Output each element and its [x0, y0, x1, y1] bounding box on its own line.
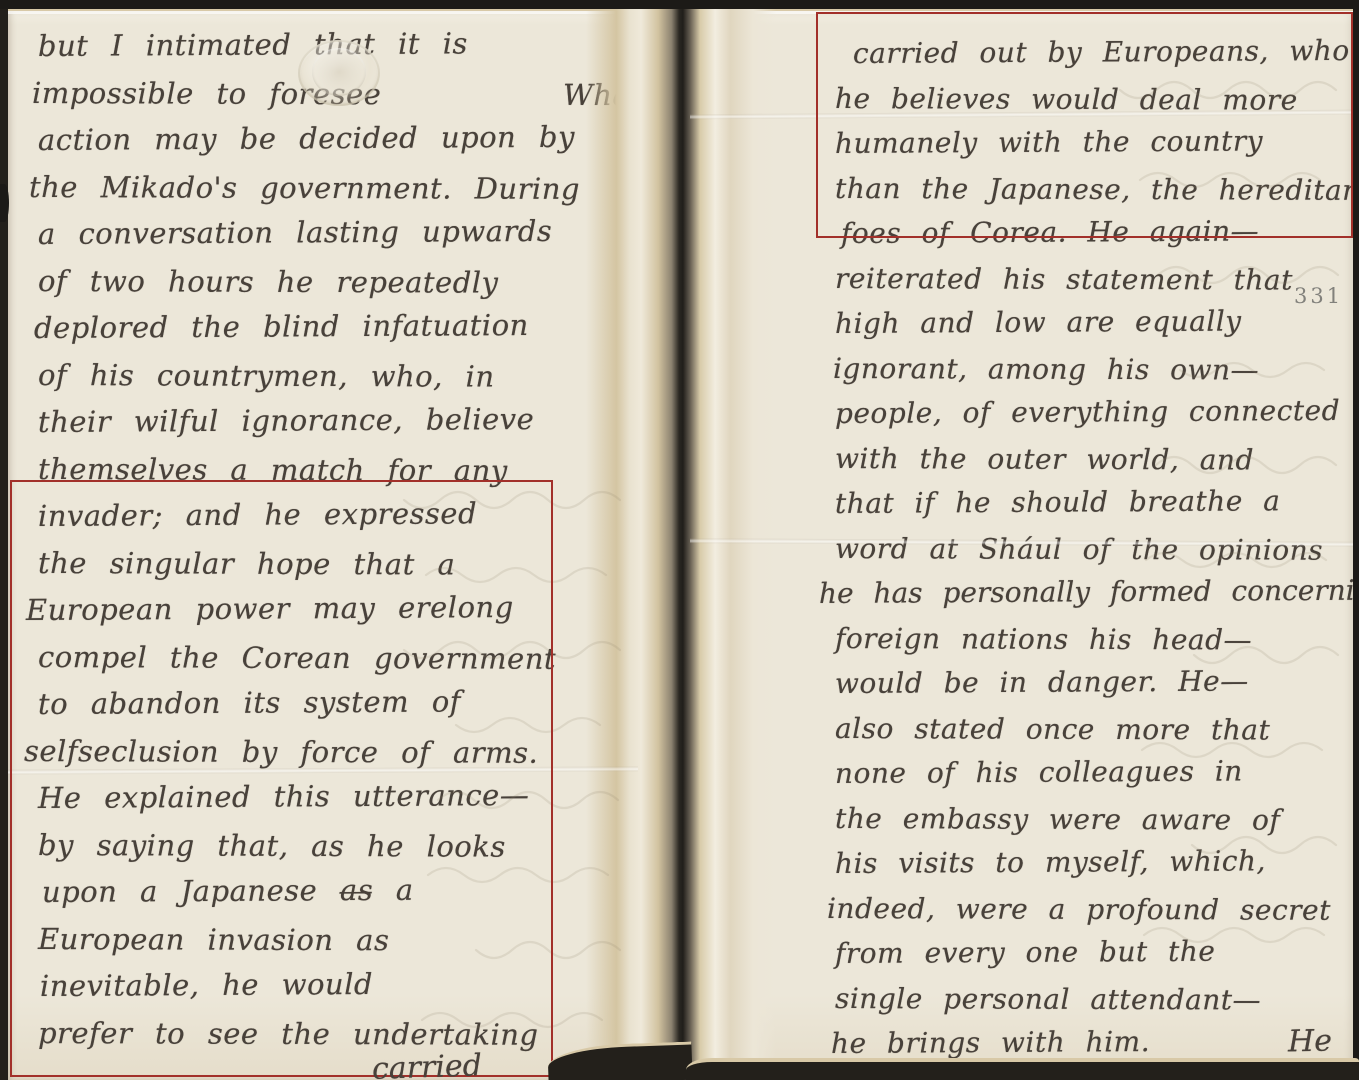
scan-right-edge [1353, 0, 1359, 1080]
manuscript-scan: but I intimated that it isimpossible to … [0, 0, 1359, 1080]
page-number: 331 [1294, 284, 1343, 308]
scan-top-edge [0, 0, 1359, 9]
right-page-catchword: He [1288, 1024, 1333, 1060]
manuscript-line: a conversation lasting upwards [38, 207, 643, 258]
manuscript-line: of two hours he repeatedly [38, 258, 643, 307]
manuscript-line: of his countrymen, who, in [38, 352, 643, 401]
manuscript-line: the Mikado's government. During [29, 164, 643, 213]
manuscript-line: deplored the blind infatuation [34, 301, 643, 352]
right-page-bottom-edge-shadow [686, 1058, 1359, 1080]
scan-left-edge-notch [0, 184, 9, 222]
left-page-catchword: carried [371, 1048, 482, 1080]
left-passage-highlight-box [10, 480, 553, 1077]
right-passage-highlight-box [816, 12, 1353, 238]
manuscript-line: their wilful ignorance, believe [38, 395, 643, 446]
embossed-seal-crest [312, 48, 366, 96]
embossed-seal-icon [298, 40, 380, 106]
manuscript-line: action may be decided upon by [38, 113, 643, 164]
